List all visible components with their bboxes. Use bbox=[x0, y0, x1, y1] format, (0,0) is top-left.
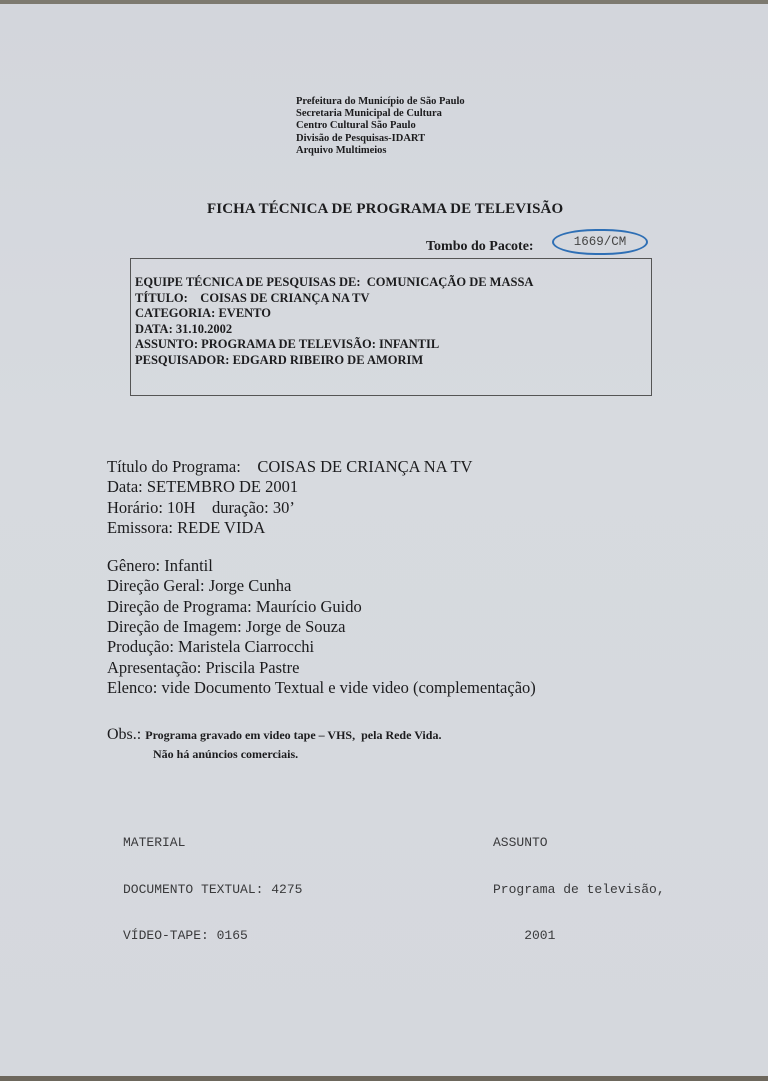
material-textual-doc: DOCUMENTO TEXTUAL: 4275 bbox=[123, 882, 302, 898]
research-info-box: EQUIPE TÉCNICA DE PESQUISAS DE: COMUNICA… bbox=[130, 258, 652, 396]
material-video-tape: VÍDEO-TAPE: 0165 bbox=[123, 928, 302, 944]
credit-production: Produção: Maristela Ciarrocchi bbox=[107, 637, 536, 657]
document-title: FICHA TÉCNICA DE PROGRAMA DE TELEVISÃO bbox=[207, 201, 563, 218]
info-category: CATEGORIA: EVENTO bbox=[135, 306, 533, 322]
info-researcher: PESQUISADOR: EDGARD RIBEIRO DE AMORIM bbox=[135, 353, 533, 369]
credit-image-direction: Direção de Imagem: Jorge de Souza bbox=[107, 617, 536, 637]
institution-header: Prefeitura do Município de São Paulo Sec… bbox=[296, 96, 465, 157]
header-line: Prefeitura do Município de São Paulo bbox=[296, 96, 465, 108]
info-date: DATA: 31.10.2002 bbox=[135, 322, 533, 338]
tombo-value-circled: 1669/CM bbox=[552, 229, 648, 255]
info-title: TÍTULO: COISAS DE CRIANÇA NA TV bbox=[135, 291, 533, 307]
tombo-label: Tombo do Pacote: bbox=[426, 239, 534, 255]
program-date: Data: SETEMBRO DE 2001 bbox=[107, 477, 536, 497]
program-broadcaster: Emissora: REDE VIDA bbox=[107, 518, 536, 538]
program-schedule: Horário: 10H duração: 30’ bbox=[107, 498, 536, 518]
subject-line-2: 2001 bbox=[493, 928, 665, 944]
info-team: EQUIPE TÉCNICA DE PESQUISAS DE: COMUNICA… bbox=[135, 275, 533, 291]
program-details: Título do Programa: COISAS DE CRIANÇA NA… bbox=[107, 457, 536, 698]
credit-presentation: Apresentação: Priscila Pastre bbox=[107, 658, 536, 678]
subject-section: ASSUNTO Programa de televisão, 2001 bbox=[493, 804, 665, 975]
info-subject: ASSUNTO: PROGRAMA DE TELEVISÃO: INFANTIL bbox=[135, 337, 533, 353]
header-line: Divisão de Pesquisas-IDART bbox=[296, 133, 465, 145]
subject-heading: ASSUNTO bbox=[493, 835, 665, 851]
credit-cast: Elenco: vide Documento Textual e vide vi… bbox=[107, 678, 536, 698]
credit-program-direction: Direção de Programa: Maurício Guido bbox=[107, 597, 536, 617]
header-line: Secretaria Municipal de Cultura bbox=[296, 108, 465, 120]
header-line: Centro Cultural São Paulo bbox=[296, 120, 465, 132]
observations: Obs.: Programa gravado em video tape – V… bbox=[107, 725, 441, 763]
program-title: Título do Programa: COISAS DE CRIANÇA NA… bbox=[107, 457, 536, 477]
credit-genre: Gênero: Infantil bbox=[107, 556, 536, 576]
table-surface-edge bbox=[0, 1076, 768, 1081]
subject-line-1: Programa de televisão, bbox=[493, 882, 665, 898]
credit-general-direction: Direção Geral: Jorge Cunha bbox=[107, 576, 536, 596]
material-heading: MATERIAL bbox=[123, 835, 302, 851]
obs-line-2: Não há anúncios comerciais. bbox=[107, 745, 441, 763]
obs-label: Obs.: bbox=[107, 726, 141, 743]
header-line: Arquivo Multimeios bbox=[296, 145, 465, 157]
obs-line-1: Programa gravado em video tape – VHS, pe… bbox=[145, 728, 441, 742]
material-section: MATERIAL DOCUMENTO TEXTUAL: 4275 VÍDEO-T… bbox=[123, 804, 302, 975]
document-page: Prefeitura do Município de São Paulo Sec… bbox=[0, 4, 768, 1076]
